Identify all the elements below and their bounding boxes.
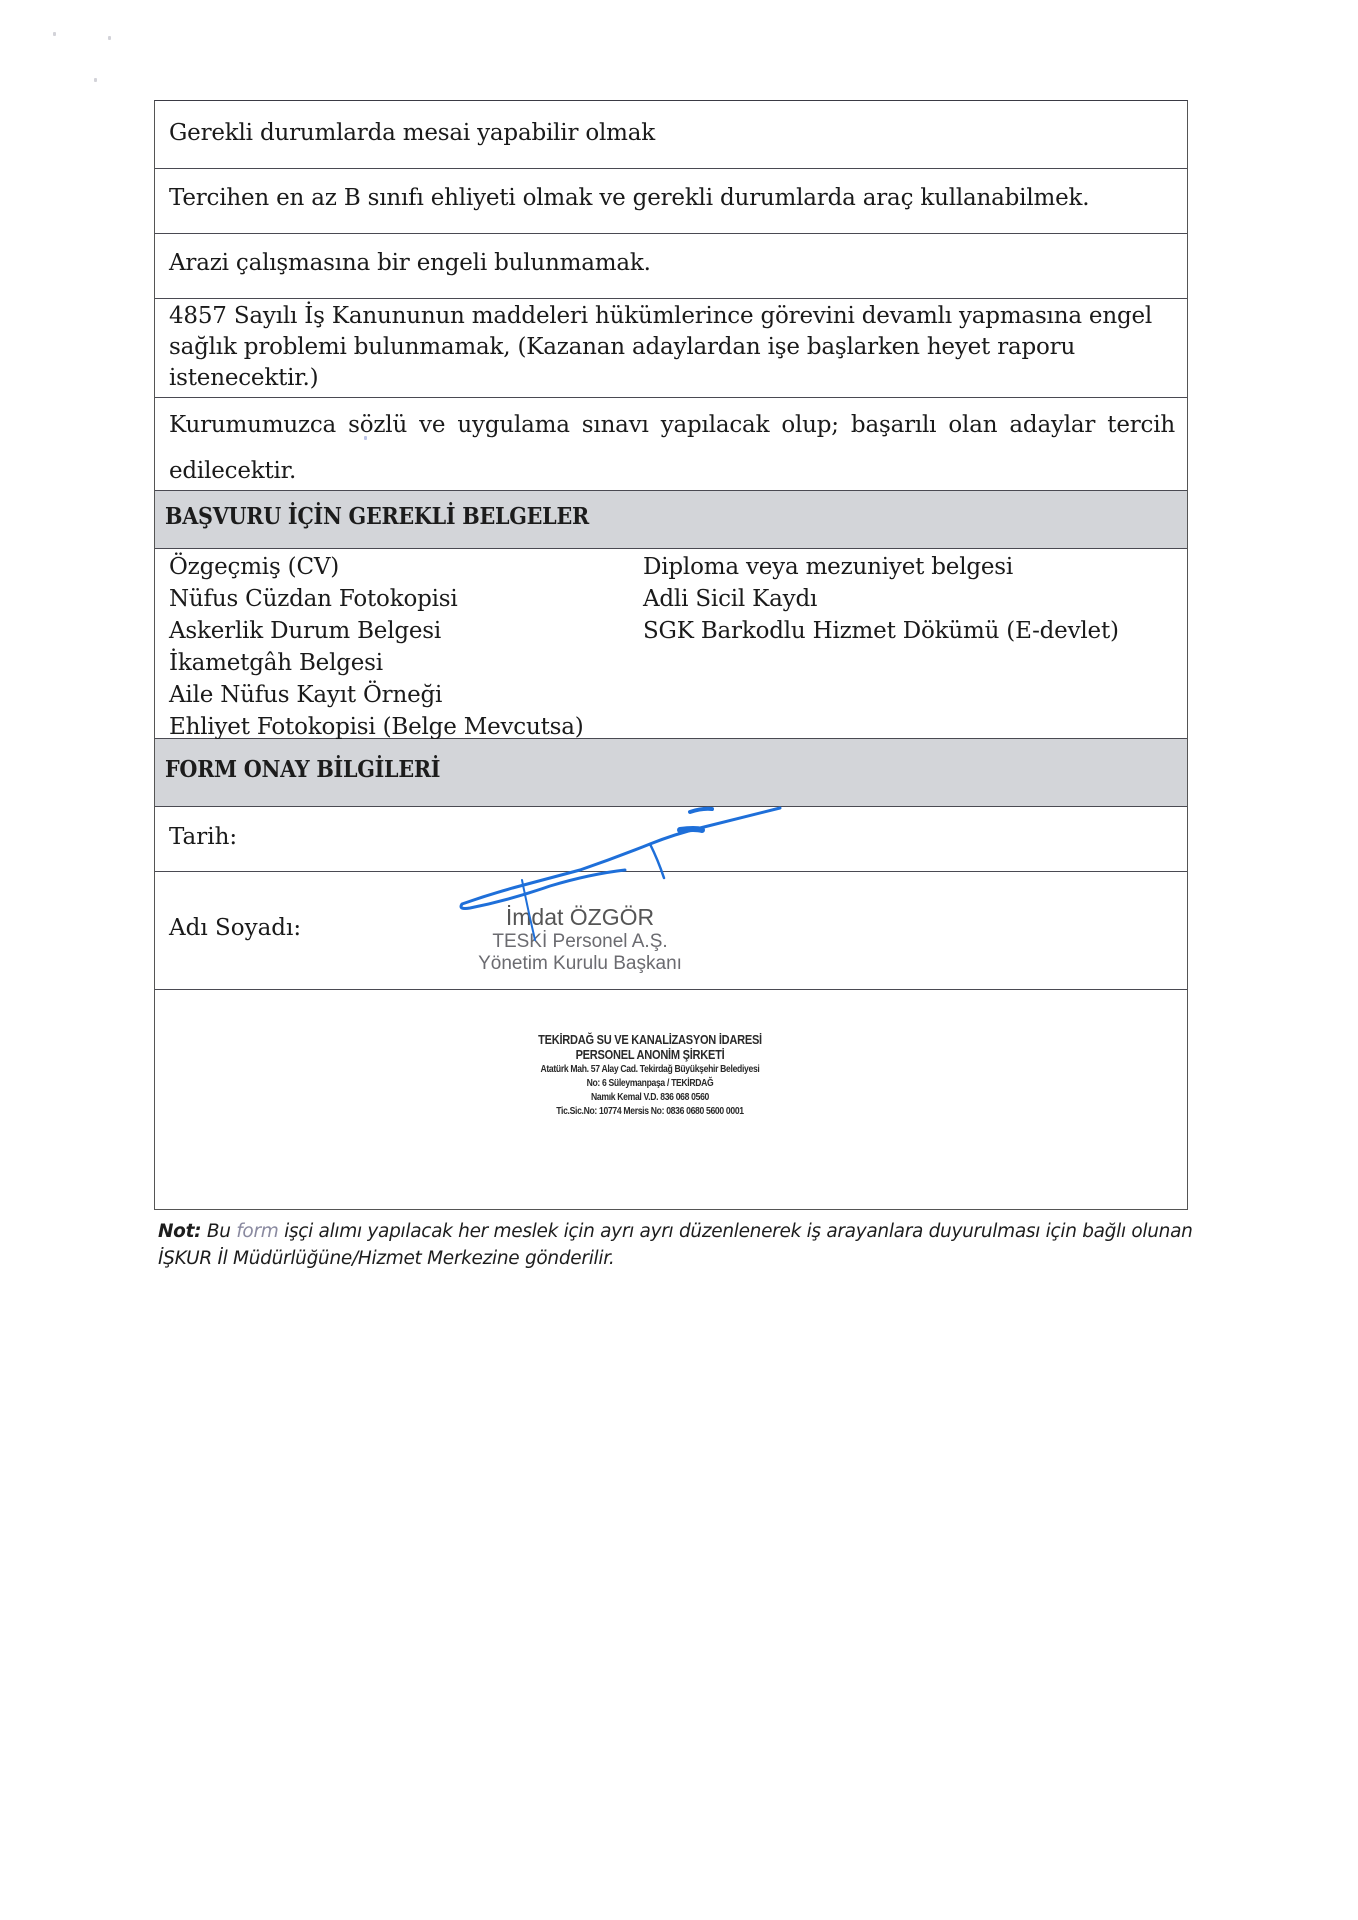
name-label: Adı Soyadı: [169,915,301,941]
requirement-text: Kurumumuzca sözlü ve uygulama sınavı yap… [169,402,1175,494]
company-seal-row: TEKİRDAĞ SU VE KANALİZASYON İDARESİ PERS… [155,990,1187,1209]
note-text-faded: form [236,1221,278,1242]
document-item: Özgeçmiş (CV) [169,551,584,583]
requirement-row: 4857 Sayılı İş Kanununun maddeleri hüküm… [155,299,1187,398]
section-title: FORM ONAY BİLGİLERİ [165,756,440,783]
requirement-row: Arazi çalışmasına bir engeli bulunmamak. [155,234,1187,299]
section-header-approval: FORM ONAY BİLGİLERİ [155,739,1187,807]
document-item: İkametgâh Belgesi [169,647,584,679]
documents-list: Özgeçmiş (CV) Nüfus Cüzdan Fotokopisi As… [155,549,1187,739]
document-item: Askerlik Durum Belgesi [169,615,584,647]
form-footnote: Not: Bu form işçi alımı yapılacak her me… [158,1218,1198,1272]
document-item: SGK Barkodlu Hizmet Dökümü (E-devlet) [643,615,1119,647]
name-row: Adı Soyadı: İmdat ÖZGÖR TESKİ Personel A… [155,872,1187,990]
date-row: Tarih: [155,807,1187,872]
requirement-text: Arazi çalışmasına bir engeli bulunmamak. [169,248,1175,279]
requirement-row: Kurumumuzca sözlü ve uygulama sınavı yap… [155,398,1187,491]
seal-line: PERSONEL ANONİM ŞİRKETİ [510,1047,791,1062]
seal-line: Atatürk Mah. 57 Alay Cad. Tekirdağ Büyük… [515,1062,786,1076]
scan-artifact [53,32,56,36]
section-title: BAŞVURU İÇİN GEREKLİ BELGELER [165,503,589,530]
documents-right-column: Diploma veya mezuniyet belgesi Adli Sici… [643,551,1119,647]
job-application-form: Gerekli durumlarda mesai yapabilir olmak… [154,100,1188,1210]
requirement-row: Gerekli durumlarda mesai yapabilir olmak [155,101,1187,169]
note-text: işçi alımı yapılacak her meslek için ayr… [158,1221,1193,1269]
requirement-text: 4857 Sayılı İş Kanununun maddeleri hüküm… [169,301,1175,394]
stamp-title: Yönetim Kurulu Başkanı [455,953,705,975]
note-label: Not: [158,1221,201,1242]
documents-left-column: Özgeçmiş (CV) Nüfus Cüzdan Fotokopisi As… [169,551,584,743]
company-seal: TEKİRDAĞ SU VE KANALİZASYON İDARESİ PERS… [485,1032,815,1118]
seal-line: TEKİRDAĞ SU VE KANALİZASYON İDARESİ [510,1032,791,1047]
requirement-text: Tercihen en az B sınıfı ehliyeti olmak v… [169,183,1175,214]
note-text: Bu [201,1221,236,1242]
stamp-name: İmdat ÖZGÖR [455,904,705,931]
requirement-row: Tercihen en az B sınıfı ehliyeti olmak v… [155,169,1187,234]
document-item: Aile Nüfus Kayıt Örneği [169,679,584,711]
seal-line: Namık Kemal V.D. 836 068 0560 [515,1090,786,1104]
document-item: Diploma veya mezuniyet belgesi [643,551,1119,583]
seal-line: Tic.Sic.No: 10774 Mersis No: 0836 0680 5… [515,1104,786,1118]
seal-line: No: 6 Süleymanpaşa / TEKİRDAĞ [515,1076,786,1090]
stamp-org: TESKİ Personel A.Ş. [455,931,705,953]
section-header-documents: BAŞVURU İÇİN GEREKLİ BELGELER [155,491,1187,549]
scan-artifact [94,78,97,82]
document-item: Adli Sicil Kaydı [643,583,1119,615]
document-item: Nüfus Cüzdan Fotokopisi [169,583,584,615]
signatory-stamp: İmdat ÖZGÖR TESKİ Personel A.Ş. Yönetim … [455,904,705,975]
requirement-text: Gerekli durumlarda mesai yapabilir olmak [169,118,1175,149]
date-label: Tarih: [169,824,237,850]
scan-artifact [108,36,111,40]
